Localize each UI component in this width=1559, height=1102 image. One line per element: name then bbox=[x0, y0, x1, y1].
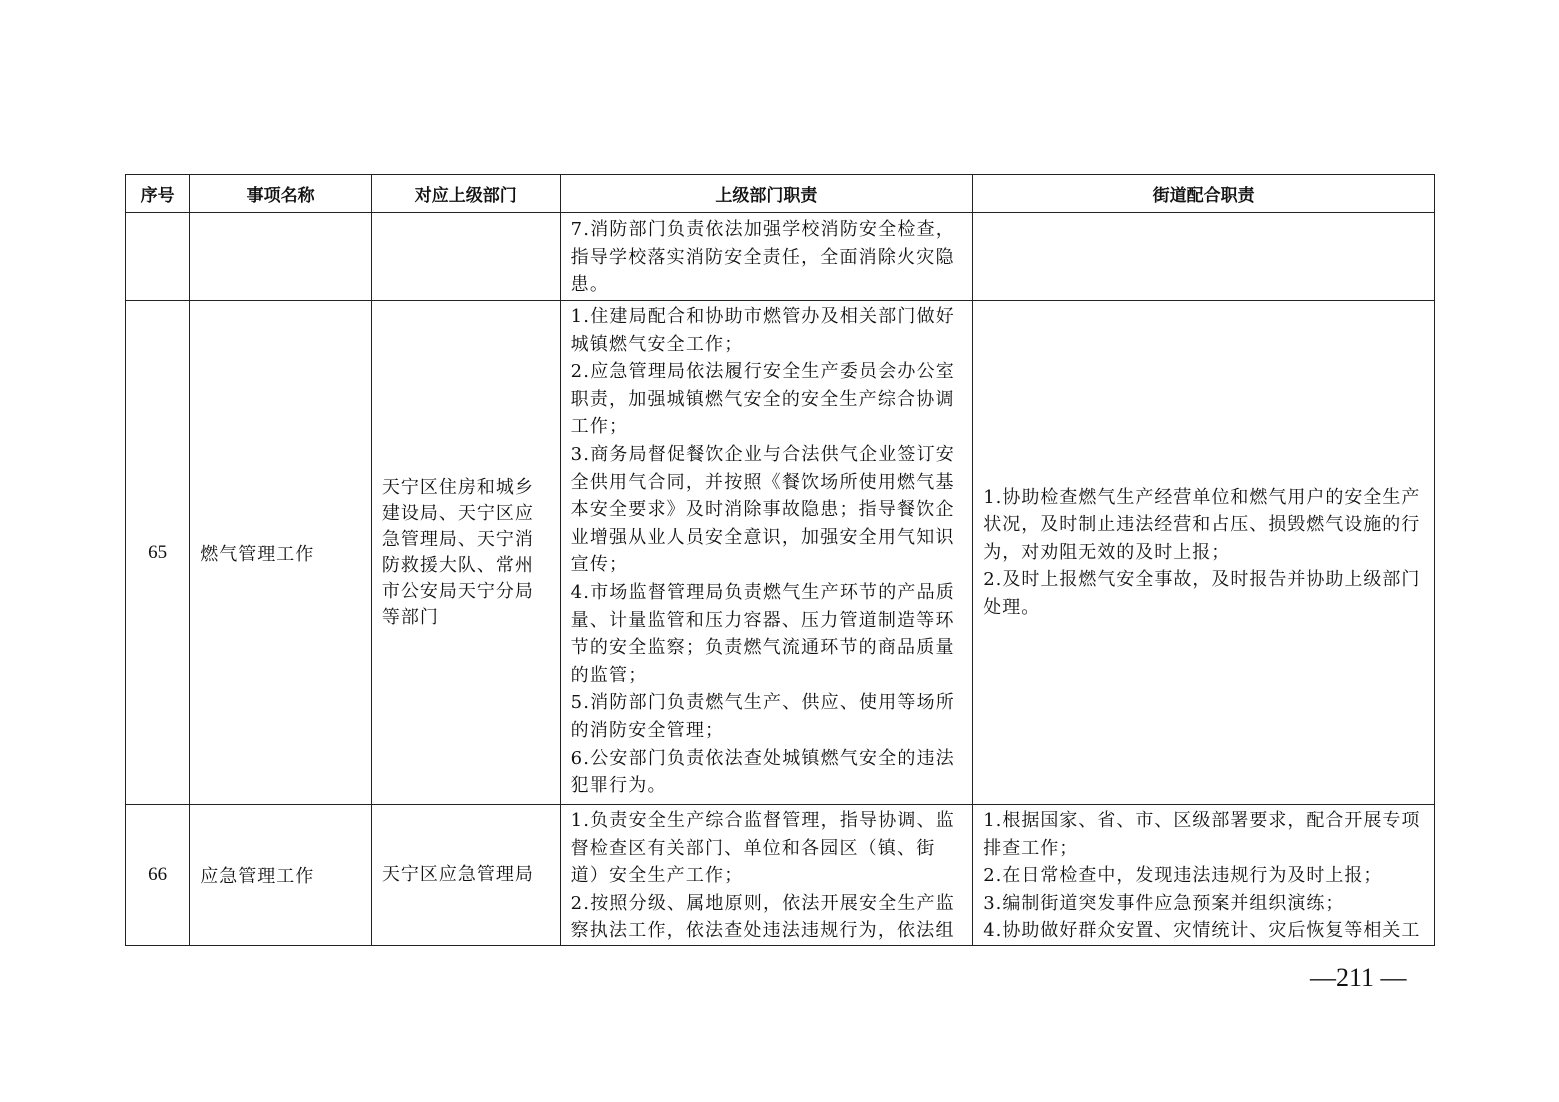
table-row: 65 燃气管理工作 天宁区住房和城乡建设局、天宁区应急管理局、天宁消防救援大队、… bbox=[126, 301, 1435, 805]
row-superior-duties: 1.负责安全生产综合监督管理，指导协调、监督检查区有关部门、单位和各园区（镇、街… bbox=[560, 805, 973, 946]
row-superior-department: 天宁区住房和城乡建设局、天宁区应急管理局、天宁消防救援大队、常州市公安局天宁分局… bbox=[371, 301, 560, 805]
duty-item: 7.消防部门负责依法加强学校消防安全检查，指导学校落实消防安全责任，全面消除火灾… bbox=[571, 216, 965, 299]
street-duty-item: 2.在日常检查中，发现违法违规行为及时上报； bbox=[983, 862, 1426, 890]
row-item-name: 燃气管理工作 bbox=[190, 301, 372, 805]
responsibility-table: 序号 事项名称 对应上级部门 上级部门职责 街道配合职责 7.消防部门负责依法加… bbox=[125, 174, 1435, 946]
table-row: 66 应急管理工作 天宁区应急管理局 1.负责安全生产综合监督管理，指导协调、监… bbox=[126, 805, 1435, 946]
duty-item: 2.按照分级、属地原则，依法开展安全生产监察执法工作，依法查处违法违规行为，依法… bbox=[571, 890, 965, 945]
header-street-duties: 街道配合职责 bbox=[973, 175, 1435, 213]
document-page: 序号 事项名称 对应上级部门 上级部门职责 街道配合职责 7.消防部门负责依法加… bbox=[0, 0, 1559, 1102]
duty-item: 3.商务局督促餐饮企业与合法供气企业签订安全供用气合同，并按照《餐饮场所使用燃气… bbox=[571, 441, 965, 579]
row-street-duties: 1.根据国家、省、市、区级部署要求，配合开展专项排查工作； 2.在日常检查中，发… bbox=[973, 805, 1435, 946]
header-number: 序号 bbox=[126, 175, 190, 213]
header-item-name: 事项名称 bbox=[190, 175, 372, 213]
street-duty-item: 2.及时上报燃气安全事故，及时报告并协助上级部门处理。 bbox=[983, 566, 1426, 621]
row-item-name bbox=[190, 213, 372, 301]
header-superior-department: 对应上级部门 bbox=[371, 175, 560, 213]
table-header-row: 序号 事项名称 对应上级部门 上级部门职责 街道配合职责 bbox=[126, 175, 1435, 213]
street-duty-item: 3.编制街道突发事件应急预案并组织演练； bbox=[983, 890, 1426, 918]
street-duty-item: 4.协助做好群众安置、灾情统计、灾后恢复等相关工 bbox=[983, 917, 1426, 945]
row-superior-department: 天宁区应急管理局 bbox=[371, 805, 560, 946]
street-duty-item: 1.根据国家、省、市、区级部署要求，配合开展专项排查工作； bbox=[983, 807, 1426, 862]
row-number bbox=[126, 213, 190, 301]
duty-item: 1.住建局配合和协助市燃管办及相关部门做好城镇燃气安全工作； bbox=[571, 303, 965, 358]
duty-item: 4.市场监督管理局负责燃气生产环节的产品质量、计量监管和压力容器、压力管道制造等… bbox=[571, 579, 965, 689]
street-duty-item: 1.协助检查燃气生产经营单位和燃气用户的安全生产状况，及时制止违法经营和占压、损… bbox=[983, 484, 1426, 567]
page-number: —211 — bbox=[1310, 963, 1407, 993]
row-superior-duties: 7.消防部门负责依法加强学校消防安全检查，指导学校落实消防安全责任，全面消除火灾… bbox=[560, 213, 973, 301]
header-superior-duties: 上级部门职责 bbox=[560, 175, 973, 213]
table-row: 7.消防部门负责依法加强学校消防安全检查，指导学校落实消防安全责任，全面消除火灾… bbox=[126, 213, 1435, 301]
row-superior-department bbox=[371, 213, 560, 301]
row-number: 65 bbox=[126, 301, 190, 805]
row-street-duties: 1.协助检查燃气生产经营单位和燃气用户的安全生产状况，及时制止违法经营和占压、损… bbox=[973, 301, 1435, 805]
row-item-name: 应急管理工作 bbox=[190, 805, 372, 946]
row-number: 66 bbox=[126, 805, 190, 946]
duty-item: 6.公安部门负责依法查处城镇燃气安全的违法犯罪行为。 bbox=[571, 745, 965, 800]
row-street-duties bbox=[973, 213, 1435, 301]
duty-item: 5.消防部门负责燃气生产、供应、使用等场所的消防安全管理； bbox=[571, 689, 965, 744]
row-superior-duties: 1.住建局配合和协助市燃管办及相关部门做好城镇燃气安全工作； 2.应急管理局依法… bbox=[560, 301, 973, 805]
duty-item: 1.负责安全生产综合监督管理，指导协调、监督检查区有关部门、单位和各园区（镇、街… bbox=[571, 807, 965, 890]
duty-item: 2.应急管理局依法履行安全生产委员会办公室职责，加强城镇燃气安全的安全生产综合协… bbox=[571, 358, 965, 441]
